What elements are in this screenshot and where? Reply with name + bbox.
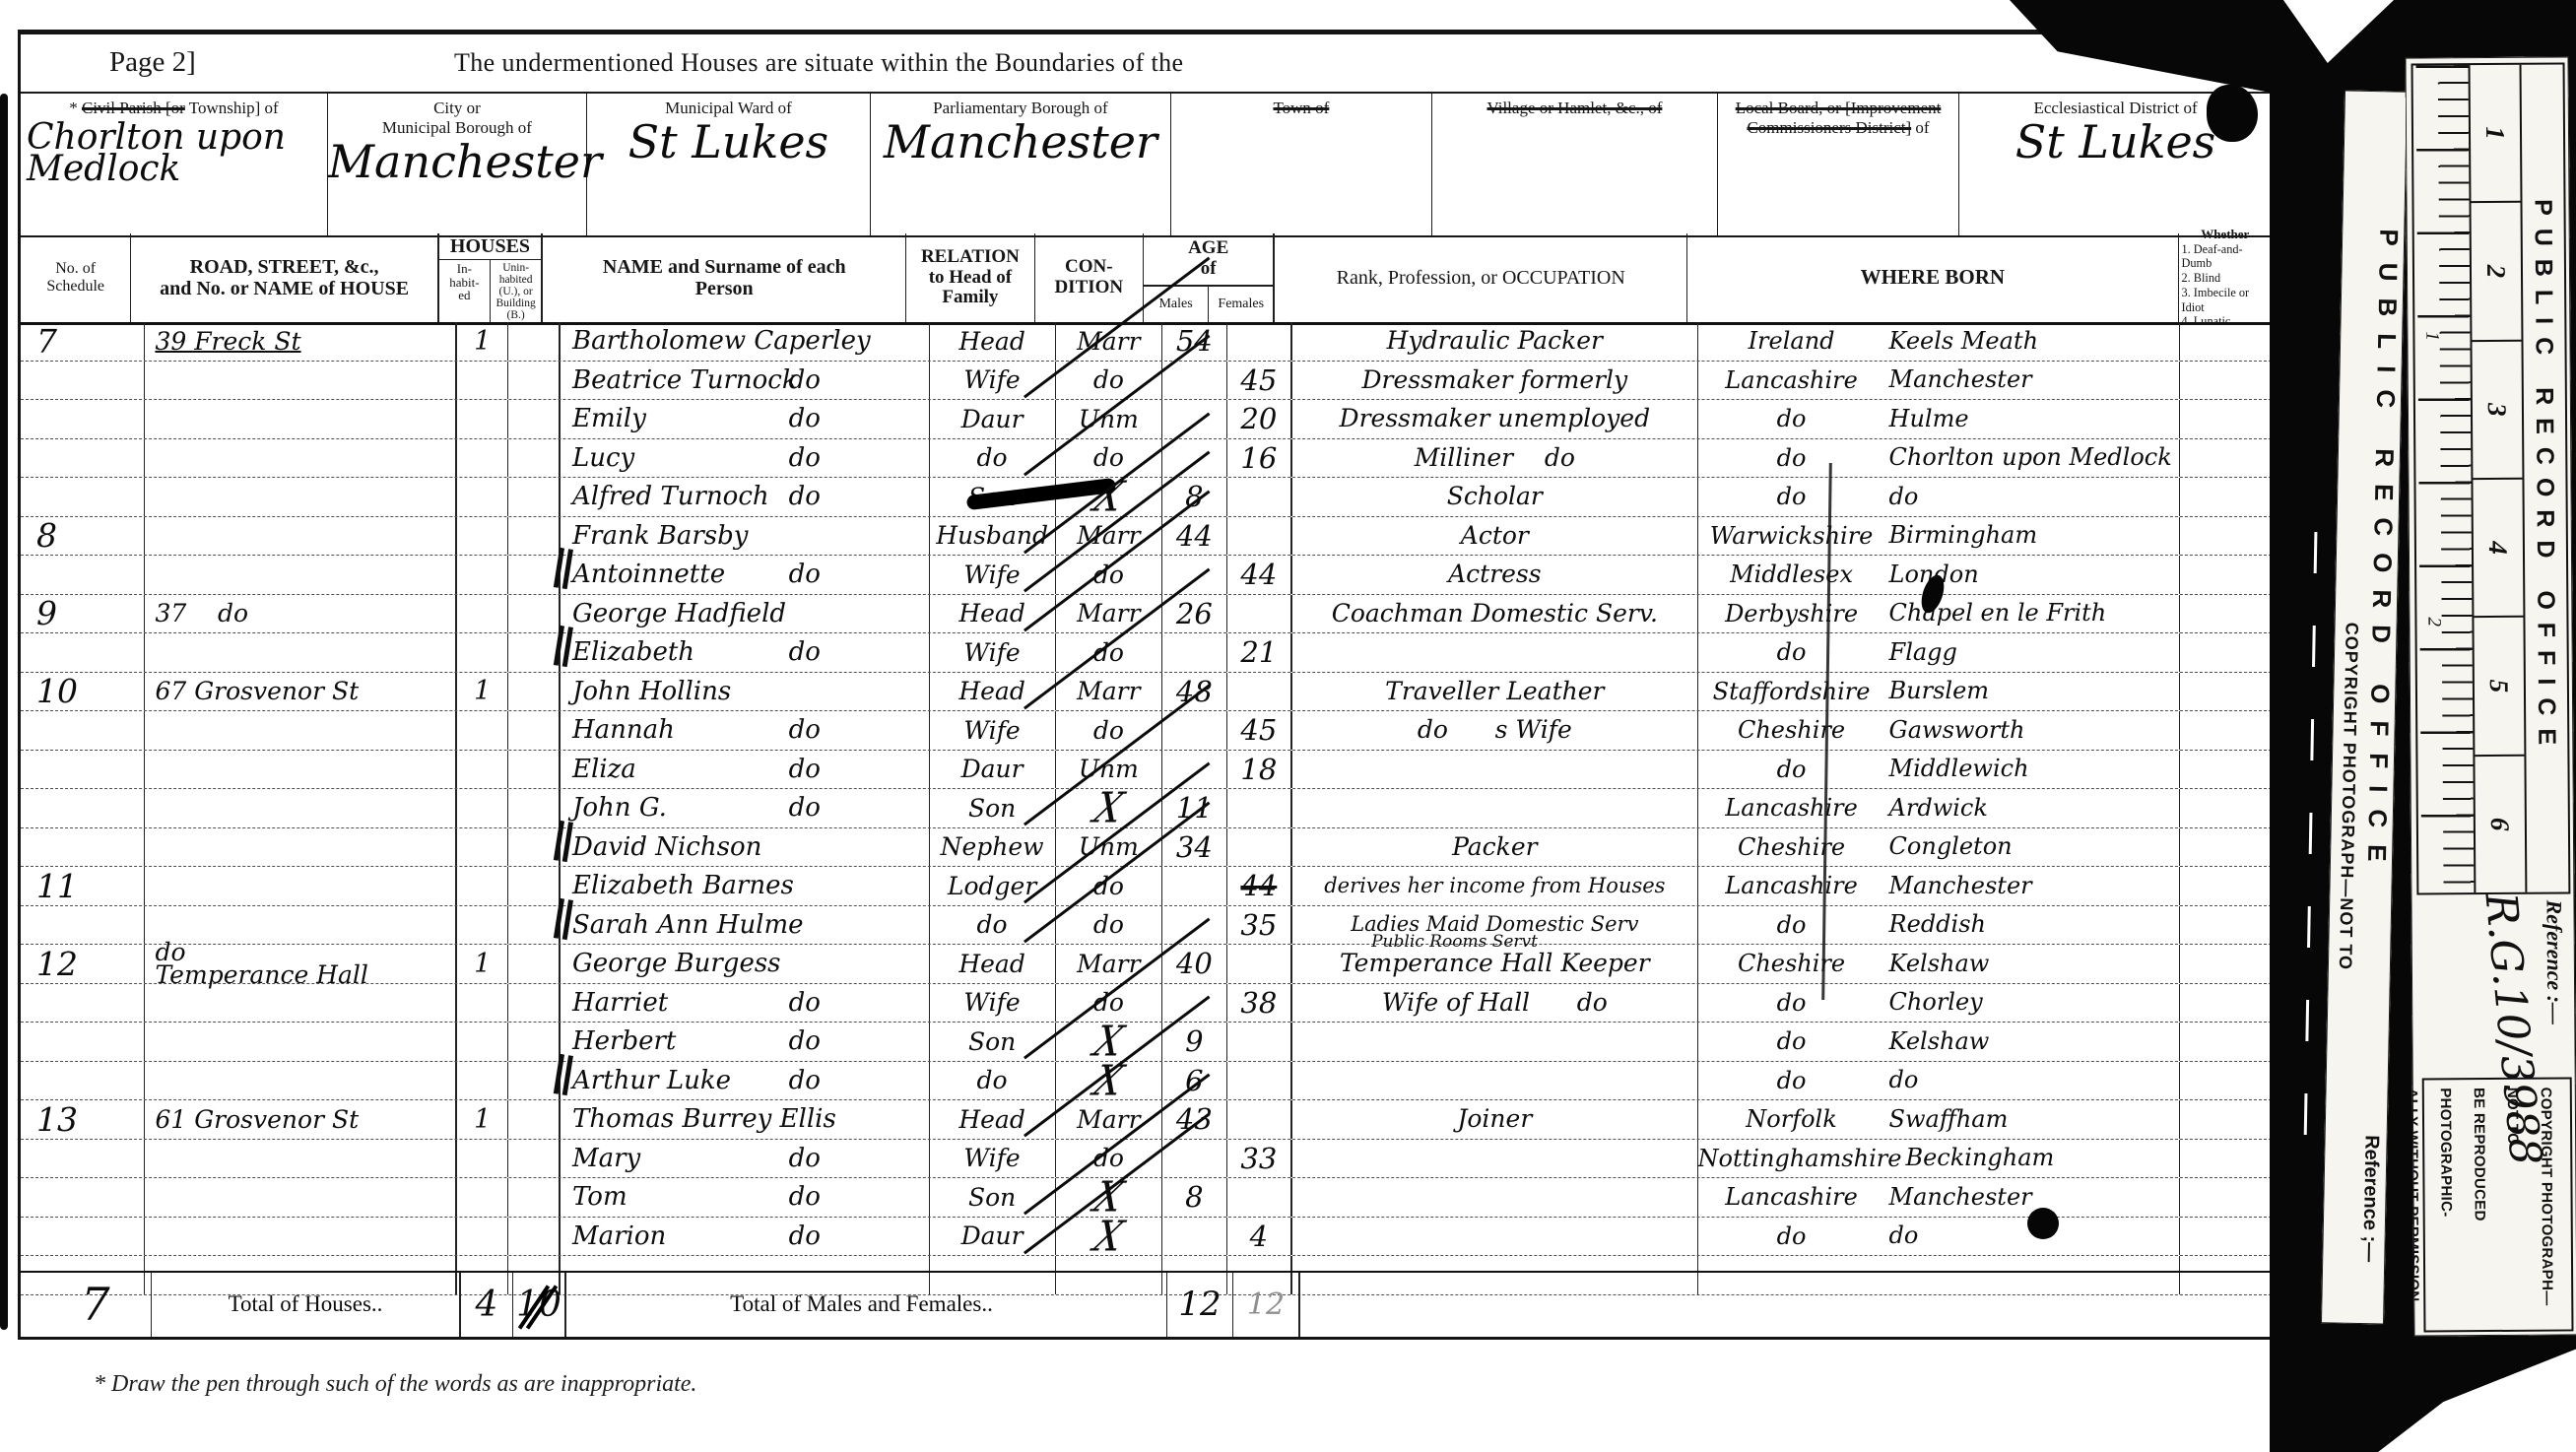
cell-inhabited <box>457 789 508 827</box>
pro-reference-label: Reference :— <box>2541 899 2567 1024</box>
cell-uninhabited <box>508 439 561 478</box>
cell-age-female <box>1227 673 1293 711</box>
cell-age-male <box>1162 633 1227 672</box>
col-uninhabited: Unin- habited (U.), or Building (B.) <box>491 260 541 322</box>
cell-name: Marydo <box>561 1140 930 1178</box>
cell-age-male: 40 <box>1162 945 1227 983</box>
cell-road-street: 61 Grosvenor St <box>145 1100 457 1139</box>
cell-name: Herbertdo <box>561 1023 930 1061</box>
cell-condition: X <box>1056 1023 1163 1061</box>
cell-relation: do <box>930 1062 1056 1100</box>
cell-name: ∥Elizabethdo <box>561 633 930 672</box>
cell-disabilities <box>2180 1178 2272 1217</box>
cell-road-street <box>145 556 457 594</box>
cell-age-male <box>1162 867 1227 905</box>
cell-disabilities <box>2180 322 2272 361</box>
header-box-borough: City or Municipal Borough of Manchester <box>328 94 587 235</box>
cell-age-female <box>1227 478 1293 516</box>
cell-schedule-number <box>21 751 145 789</box>
totals-males: 12 <box>1167 1273 1233 1338</box>
cell-schedule-number <box>21 362 145 400</box>
table-row: Lucydododo16Milliner dodoChorlton upon M… <box>21 439 2272 479</box>
ruler-number: 2 <box>2472 203 2522 342</box>
cell-relation: Husband <box>930 517 1056 556</box>
cell-relation: Head <box>930 595 1056 633</box>
col-occupation: Rank, Profession, or OCCUPATION <box>1337 267 1625 289</box>
table-row: ∥ElizabethdoWifedo21doFlagg <box>21 633 2272 673</box>
ruler-minor-number: 2 <box>2422 617 2444 627</box>
cell-where-born: NottinghamshireBeckingham <box>1698 1140 2181 1178</box>
table-row: 12doTemperance Hall1George BurgessHeadMa… <box>21 945 2272 984</box>
header-box-village: Village or Hamlet, &c., of <box>1432 94 1718 235</box>
cell-disabilities <box>2180 595 2272 633</box>
cell-condition: X <box>1056 1218 1163 1256</box>
cell-uninhabited <box>508 711 561 750</box>
cell-name: ∥Antoinnettedo <box>561 556 930 594</box>
cell-name: Alfred Turnochdo <box>561 478 930 516</box>
col-inhabited: In- habit- ed <box>439 260 491 322</box>
col-where-born: WHERE BORN <box>1861 266 2005 289</box>
table-row: HarrietdoWifedo38Wife of Hall dodoChorle… <box>21 984 2272 1023</box>
cell-age-male: 44 <box>1162 517 1227 556</box>
cell-condition: Marr <box>1056 673 1163 711</box>
cell-name: Tomdo <box>561 1178 930 1217</box>
cell-name: Hannahdo <box>561 711 930 750</box>
cell-relation: do <box>930 906 1056 945</box>
cell-road-street <box>145 1218 457 1256</box>
cell-schedule-number: 12 <box>21 945 145 983</box>
cell-age-male: 54 <box>1162 322 1227 361</box>
cell-age-male <box>1162 1218 1227 1256</box>
cell-condition: do <box>1056 633 1163 672</box>
cell-relation: Daur <box>930 400 1056 438</box>
table-row: 739 Freck St1Bartholomew CaperleyHeadMar… <box>21 322 2272 362</box>
cell-road-street <box>145 517 457 556</box>
box-label: City or Municipal Borough of <box>328 94 586 138</box>
cell-where-born: doFlagg <box>1698 633 2181 672</box>
cell-uninhabited <box>508 1218 561 1256</box>
cell-disabilities <box>2180 711 2272 750</box>
cell-occupation: derives her income from Houses <box>1292 867 1697 905</box>
cell-age-male: 6 <box>1162 1062 1227 1100</box>
cell-name: John Hollins <box>561 673 930 711</box>
cell-disabilities <box>2180 362 2272 400</box>
cell-condition: do <box>1056 556 1163 594</box>
table-row: ∥Arthur LukedodoX6dodo <box>21 1062 2272 1101</box>
cell-inhabited <box>457 1178 508 1217</box>
cell-relation: Wife <box>930 984 1056 1023</box>
cell-occupation: Wife of Hall do <box>1292 984 1697 1023</box>
col-whether-disabilities: Whether1. Deaf-and-Dumb 2. Blind 3. Imbe… <box>2179 225 2273 331</box>
cell-condition: do <box>1056 362 1163 400</box>
cell-inhabited: 1 <box>457 673 508 711</box>
column-headers: No. of Schedule ROAD, STREET, &c., and N… <box>21 233 2272 325</box>
cell-where-born: CheshireGawsworth <box>1698 711 2181 750</box>
cell-age-male: 34 <box>1162 828 1227 867</box>
ruler-number: 6 <box>2475 756 2525 892</box>
cell-disabilities <box>2180 478 2272 516</box>
cell-inhabited <box>457 906 508 945</box>
cell-age-female: 45 <box>1227 362 1293 400</box>
pro-title: PUBLIC RECORD OFFICE <box>2520 64 2569 891</box>
cell-name: Harrietdo <box>561 984 930 1023</box>
totals-uninhabited: 10 <box>513 1273 566 1338</box>
cell-uninhabited <box>508 867 561 905</box>
cell-inhabited <box>457 478 508 516</box>
cell-condition: Marr <box>1056 322 1163 361</box>
header-box-town: Town of <box>1171 94 1432 235</box>
census-form: Page 2] The undermentioned Houses are si… <box>18 30 2275 1340</box>
cell-road-street <box>145 711 457 750</box>
cell-name: Mariondo <box>561 1218 930 1256</box>
table-row: TomdoSonX8LancashireManchester <box>21 1178 2272 1218</box>
cell-relation: Daur <box>930 1218 1056 1256</box>
col-males: Males <box>1144 287 1209 322</box>
cell-age-female: 21 <box>1227 633 1293 672</box>
cell-inhabited <box>457 1140 508 1178</box>
cell-where-born: IrelandKeels Meath <box>1698 322 2181 361</box>
cell-name: ∥Arthur Lukedo <box>561 1062 930 1100</box>
cell-road-street <box>145 789 457 827</box>
cell-name: Bartholomew Caperley <box>561 322 930 361</box>
pro-strip-outer: PUBLIC RECORD OFFICE 1 2 3 4 5 6 1 2 Ref… <box>2405 56 2576 1336</box>
cell-disabilities <box>2180 867 2272 905</box>
pro-reference-label: Reference ;— <box>2357 1135 2382 1262</box>
cell-schedule-number <box>21 906 145 945</box>
cell-uninhabited <box>508 1178 561 1217</box>
cell-age-female: 35 <box>1227 906 1293 945</box>
cell-uninhabited <box>508 789 561 827</box>
cell-where-born: WarwickshireBirmingham <box>1698 517 2181 556</box>
cell-where-born: dodo <box>1698 478 2181 516</box>
box-label: of <box>1911 118 1929 137</box>
table-row: EmilydoDaurUnm20Dressmaker unemployeddoH… <box>21 400 2272 439</box>
cell-uninhabited <box>508 362 561 400</box>
box-label: Township] of <box>185 99 279 117</box>
table-row: Beatrice TurnockdoWifedo45Dressmaker for… <box>21 362 2272 401</box>
cell-where-born: LancashireManchester <box>1698 1178 2181 1217</box>
table-row: 11Elizabeth BarnesLodgerdo44derives her … <box>21 867 2272 906</box>
cell-age-female <box>1227 1023 1293 1061</box>
cell-schedule-number <box>21 1023 145 1061</box>
cell-occupation <box>1292 1062 1697 1100</box>
header-boxes: * Civil Parish [or Township] of Chorlton… <box>21 92 2272 237</box>
cell-schedule-number: 13 <box>21 1100 145 1139</box>
cell-age-male: 11 <box>1162 789 1227 827</box>
cell-schedule-number <box>21 984 145 1023</box>
cell-occupation: Public Rooms ServtTemperance Hall Keeper <box>1292 945 1697 983</box>
scan-left-edge <box>0 94 8 1330</box>
cell-road-street <box>145 984 457 1023</box>
footnote-asterisk: * <box>69 99 82 117</box>
table-row: MariondoDaurX4dodo <box>21 1218 2272 1257</box>
cell-inhabited <box>457 595 508 633</box>
cell-uninhabited <box>508 400 561 438</box>
cell-inhabited: 1 <box>457 322 508 361</box>
col-age: AGE of Males Females <box>1144 233 1275 322</box>
civil-parish-value: Chorlton upon Medlock <box>21 122 327 186</box>
cell-condition: Unm <box>1056 828 1163 867</box>
cell-name: ∥Sarah Ann Hulme <box>561 906 930 945</box>
cell-disabilities <box>2180 1218 2272 1256</box>
cell-age-female <box>1227 945 1293 983</box>
cell-road-street <box>145 362 457 400</box>
cell-where-born: LancashireArdwick <box>1698 789 2181 827</box>
totals-schedule: 7 <box>21 1273 152 1338</box>
table-row: Alfred TurnochdoSonX8Scholardodo <box>21 478 2272 517</box>
cell-schedule-number <box>21 556 145 594</box>
scanned-census-page: { "page": { "page_label": "Page 2]", "he… <box>0 0 2576 1452</box>
cell-road-street <box>145 828 457 867</box>
cell-age-male <box>1162 1140 1227 1178</box>
struck-label: Civil Parish [or <box>82 99 185 117</box>
cell-disabilities <box>2180 1062 2272 1100</box>
cell-inhabited <box>457 1023 508 1061</box>
table-row: ∥David NichsonNephewUnm34PackerCheshireC… <box>21 828 2272 868</box>
cell-condition: do <box>1056 439 1163 478</box>
totals-inhabited: 4 <box>461 1273 513 1338</box>
col-houses-title: HOUSES <box>439 233 541 260</box>
cell-condition: X <box>1056 1178 1163 1217</box>
cell-relation: Head <box>930 673 1056 711</box>
cell-age-male <box>1162 906 1227 945</box>
cell-inhabited: 1 <box>457 1100 508 1139</box>
cell-name: Lucydo <box>561 439 930 478</box>
cell-condition: do <box>1056 984 1163 1023</box>
cell-age-male <box>1162 556 1227 594</box>
cell-occupation: Packer <box>1292 828 1697 867</box>
cell-age-female <box>1227 322 1293 361</box>
cell-condition: do <box>1056 711 1163 750</box>
cell-schedule-number: 11 <box>21 867 145 905</box>
cell-disabilities <box>2180 556 2272 594</box>
cell-disabilities <box>2180 633 2272 672</box>
col-road: ROAD, STREET, &c., and No. or NAME of HO… <box>160 256 409 299</box>
cell-where-born: dodo <box>1698 1218 2181 1256</box>
col-relation: RELATION to Head of Family <box>921 247 1020 309</box>
cell-disabilities <box>2180 673 2272 711</box>
cell-relation: Son <box>930 1023 1056 1061</box>
cell-relation: Head <box>930 322 1056 361</box>
header-box-ward: Municipal Ward of St Lukes <box>587 94 871 235</box>
cell-schedule-number <box>21 789 145 827</box>
cell-road-street <box>145 478 457 516</box>
cell-where-born: doChorlton upon Medlock <box>1698 439 2181 478</box>
totals-males-females-label: Total of Males and Females.. <box>566 1273 1167 1338</box>
cell-uninhabited <box>508 945 561 983</box>
cell-age-female: 16 <box>1227 439 1293 478</box>
cell-uninhabited <box>508 984 561 1023</box>
cell-age-female: 44 <box>1227 556 1293 594</box>
cell-schedule-number <box>21 1178 145 1217</box>
cell-inhabited <box>457 556 508 594</box>
cell-disabilities <box>2180 1100 2272 1139</box>
cell-condition: Marr <box>1056 1100 1163 1139</box>
cell-schedule-number <box>21 828 145 867</box>
table-row: 1067 Grosvenor St1John HollinsHeadMarr48… <box>21 673 2272 712</box>
table-row: HannahdoWifedo45do s WifeCheshireGawswor… <box>21 711 2272 751</box>
header-box-civil-parish: * Civil Parish [or Township] of Chorlton… <box>21 94 328 235</box>
table-row: ElizadoDaurUnm18doMiddlewich <box>21 751 2272 790</box>
cell-age-male: 9 <box>1162 1023 1227 1061</box>
ward-value: St Lukes <box>587 122 870 163</box>
cell-road-street <box>145 1140 457 1178</box>
cell-occupation: Coachman Domestic Serv. <box>1292 595 1697 633</box>
cell-inhabited <box>457 867 508 905</box>
ruler-ticks: 1 2 <box>2413 65 2475 892</box>
cell-schedule-number <box>21 439 145 478</box>
cell-uninhabited <box>508 1100 561 1139</box>
ruler-number: 1 <box>2471 65 2521 204</box>
cell-name: Frank Barsby <box>561 517 930 556</box>
table-row: MarydoWifedo33NottinghamshireBeckingham <box>21 1140 2272 1179</box>
cell-uninhabited <box>508 1023 561 1061</box>
cell-condition: do <box>1056 906 1163 945</box>
cell-occupation: Actor <box>1292 517 1697 556</box>
cell-where-born: doMiddlewich <box>1698 751 2181 789</box>
cell-road-street <box>145 1178 457 1217</box>
pro-ruler-box: PUBLIC RECORD OFFICE 1 2 3 4 5 6 1 2 <box>2411 62 2571 894</box>
col-age-title: AGE of <box>1144 233 1273 287</box>
table-row: HerbertdoSonX9doKelshaw <box>21 1023 2272 1062</box>
cell-occupation: Milliner do <box>1292 439 1697 478</box>
cell-relation: Son <box>930 1178 1056 1217</box>
cell-age-female: 18 <box>1227 751 1293 789</box>
form-footnote: * Draw the pen through such of the words… <box>94 1371 696 1398</box>
cell-occupation: Scholar <box>1292 478 1697 516</box>
ruler-number: 5 <box>2474 618 2524 757</box>
cell-road-street: 39 Freck St <box>145 322 457 361</box>
cell-schedule-number: 7 <box>21 322 145 361</box>
cell-age-male <box>1162 400 1227 438</box>
cell-disabilities <box>2180 984 2272 1023</box>
totals-row: 7 Total of Houses.. 4 10 Total of Males … <box>21 1271 2272 1338</box>
cell-condition: X <box>1056 789 1163 827</box>
table-row: 8Frank BarsbyHusbandMarr44ActorWarwicksh… <box>21 517 2272 557</box>
cell-inhabited <box>457 711 508 750</box>
cell-road-street <box>145 439 457 478</box>
cell-condition: Marr <box>1056 595 1163 633</box>
cell-occupation: do s Wife <box>1292 711 1697 750</box>
cell-age-male <box>1162 711 1227 750</box>
cell-age-female <box>1227 1100 1293 1139</box>
cell-name: John G.do <box>561 789 930 827</box>
cell-disabilities <box>2180 400 2272 438</box>
cell-age-female: 38 <box>1227 984 1293 1023</box>
cell-road-street: doTemperance Hall <box>145 945 457 983</box>
cell-uninhabited <box>508 322 561 361</box>
borough-value: Manchester <box>328 142 586 182</box>
cell-inhabited <box>457 828 508 867</box>
cell-uninhabited <box>508 673 561 711</box>
cell-disabilities <box>2180 906 2272 945</box>
cell-name: Elizabeth Barnes <box>561 867 930 905</box>
form-heading: The undermentioned Houses are situate wi… <box>454 48 1184 78</box>
cell-disabilities <box>2180 1023 2272 1061</box>
cell-relation: Wife <box>930 362 1056 400</box>
cell-age-female: 4 <box>1227 1218 1293 1256</box>
cell-name: George Burgess <box>561 945 930 983</box>
table-row: 1361 Grosvenor St1Thomas Burrey EllisHea… <box>21 1100 2272 1140</box>
cell-road-street <box>145 1062 457 1100</box>
cell-age-male <box>1162 439 1227 478</box>
cell-relation: Head <box>930 945 1056 983</box>
cell-road-street: 37 do <box>145 595 457 633</box>
cell-condition: Unm <box>1056 751 1163 789</box>
pro-reference: Reference :— R.G.10/3988 <box>2420 890 2571 1078</box>
cell-where-born: CheshireKelshaw <box>1698 945 2181 983</box>
cell-inhabited <box>457 751 508 789</box>
col-name: NAME and Surname of each Person <box>603 256 846 299</box>
cell-schedule-number <box>21 1062 145 1100</box>
cell-where-born: doHulme <box>1698 400 2181 438</box>
cell-road-street <box>145 751 457 789</box>
totals-empty <box>1300 1273 2272 1338</box>
cell-occupation: Dressmaker formerly <box>1292 362 1697 400</box>
cell-inhabited <box>457 1062 508 1100</box>
cell-where-born: doChorley <box>1698 984 2181 1023</box>
census-table: 739 Freck St1Bartholomew CaperleyHeadMar… <box>21 322 2272 1295</box>
cell-occupation: Hydraulic Packer <box>1292 322 1697 361</box>
cell-relation: Head <box>930 1100 1056 1139</box>
parliamentary-value: Manchester <box>871 122 1170 163</box>
cell-age-female: 44 <box>1227 867 1293 905</box>
cell-relation: Wife <box>930 556 1056 594</box>
col-females: Females <box>1209 287 1273 322</box>
ink-blot <box>2027 1208 2059 1239</box>
header-box-local-board: Local Board, or [Improvement Commissione… <box>1718 94 1959 235</box>
cell-occupation: Joiner <box>1292 1100 1697 1139</box>
cell-inhabited <box>457 362 508 400</box>
cell-schedule-number <box>21 400 145 438</box>
cell-occupation <box>1292 1218 1697 1256</box>
cell-road-street <box>145 867 457 905</box>
cell-disabilities <box>2180 828 2272 867</box>
cell-road-street <box>145 400 457 438</box>
cell-where-born: LancashireManchester <box>1698 867 2181 905</box>
cell-schedule-number: 9 <box>21 595 145 633</box>
cell-condition: do <box>1056 867 1163 905</box>
cell-uninhabited <box>508 595 561 633</box>
cell-road-street <box>145 906 457 945</box>
cell-condition: do <box>1056 1140 1163 1178</box>
cell-inhabited: 1 <box>457 945 508 983</box>
table-row: ∥Sarah Ann Hulmedodo35Ladies Maid Domest… <box>21 906 2272 946</box>
cell-disabilities <box>2180 945 2272 983</box>
cell-occupation <box>1292 789 1697 827</box>
pro-copyright: COPYRIGHT PHOTOGRAPH—NOT TO <box>2335 623 2362 971</box>
cell-uninhabited <box>508 1140 561 1178</box>
ruler-number: 4 <box>2473 480 2523 619</box>
cell-age-male <box>1162 362 1227 400</box>
cell-condition: Marr <box>1056 945 1163 983</box>
totals-houses-label: Total of Houses.. <box>152 1273 461 1338</box>
cell-occupation <box>1292 1023 1697 1061</box>
cell-occupation: Traveller Leather <box>1292 673 1697 711</box>
pro-ruler-numbers: 1 2 3 4 5 6 <box>2469 65 2526 892</box>
cell-name: George Hadfield <box>561 595 930 633</box>
cell-occupation <box>1292 751 1697 789</box>
cell-age-male <box>1162 751 1227 789</box>
cell-relation: Wife <box>930 711 1056 750</box>
cell-occupation <box>1292 1178 1697 1217</box>
col-condition: CON- DITION <box>1054 257 1123 298</box>
cell-relation: Son <box>930 789 1056 827</box>
cell-relation: Nephew <box>930 828 1056 867</box>
cell-disabilities <box>2180 751 2272 789</box>
cell-road-street <box>145 633 457 672</box>
cell-age-female <box>1227 1062 1293 1100</box>
